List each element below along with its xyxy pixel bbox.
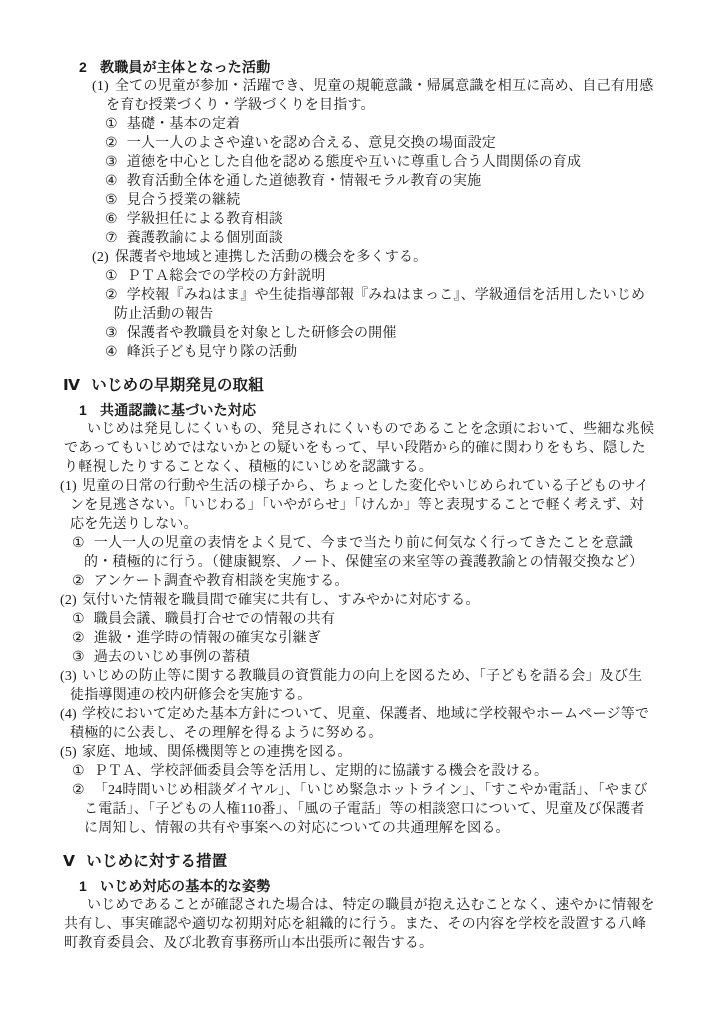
text: 見合う授業の継続 xyxy=(127,193,241,208)
item-marker: (2) xyxy=(92,250,109,265)
item-marker: (1) xyxy=(60,479,77,494)
list-item-paren: (5)家庭、地域、関係機関等との連携を図る。 xyxy=(58,743,656,762)
item-marker: ① xyxy=(72,764,85,779)
item-marker: ④ xyxy=(105,174,118,189)
text: 養護教諭による個別面談 xyxy=(127,231,283,246)
list-item-circled: ①基礎・基本の定着 xyxy=(58,115,656,134)
list-item-circled: ①ＰＴＡ、学校評価委員会等を活用し、定期的に協議する機会を設ける。 xyxy=(58,762,656,781)
text: 「24時間いじめ相談ダイヤル」、「いじめ緊急ホットライン」、「すこやか電話」、「… xyxy=(84,783,648,836)
text: 峰浜子ども見守り隊の活動 xyxy=(127,345,297,360)
list-item-circled: ②進級・進学時の情報の確実な引継ぎ xyxy=(58,629,656,648)
list-item-paren: (1)全ての児童が参加・活躍でき、児童の規範意識・帰属意識を相互に高め、自己有用… xyxy=(58,77,656,115)
text: いじめは発見しにくいもの、発見されにくいものであることを念頭において、些細な兆候… xyxy=(64,422,654,475)
list-item-paren: (4)学校において定めた基本方針について、児童、保護者、地域に学校報やホームペー… xyxy=(58,705,656,743)
item-marker: 1 xyxy=(79,878,87,894)
item-marker: ② xyxy=(105,288,118,303)
item-marker: (1) xyxy=(92,79,109,94)
text: いじめの早期発見の取組 xyxy=(91,377,264,394)
item-marker: ① xyxy=(72,612,85,627)
section-number: Ⅳ xyxy=(63,377,80,394)
item-marker: 1 xyxy=(79,402,87,418)
text: いじめに対する措置 xyxy=(86,853,227,870)
item-marker: ② xyxy=(72,574,85,589)
text: 一人一人のよさや違いを認め合える、意見交換の場面設定 xyxy=(127,136,496,151)
item-marker: (4) xyxy=(60,707,77,722)
item-marker: ⑥ xyxy=(105,212,118,227)
item-marker: 2 xyxy=(79,59,87,75)
item-marker: (3) xyxy=(60,669,77,684)
item-marker: ① xyxy=(105,269,118,284)
list-item-paren: (2)保護者や地域と連携した活動の機会を多くする。 xyxy=(58,248,656,267)
text: ＰＴＡ、学校評価委員会等を活用し、定期的に協議する機会を設ける。 xyxy=(94,764,548,779)
text: いじめであることが確認された場合は、特定の職員が抱え込むことなく、速やかに情報を… xyxy=(64,898,655,951)
document-page: 2教職員が主体となった活動(1)全ての児童が参加・活躍でき、児童の規範意識・帰属… xyxy=(0,0,724,1024)
list-item-paren: (3)いじめの防止等に関する教職員の資質能力の向上を図るため、「子どもを語る会」… xyxy=(58,667,656,705)
list-item-circled: ④教育活動全体を通した道徳教育・情報モラル教育の実施 xyxy=(58,172,656,191)
list-item-circled: ①職員会議、職員打合せでの情報の共有 xyxy=(58,610,656,629)
text: 学校報『みねはま』や生徒指導部報『みねはまっこ』、学級通信を活用したいじめ防止活… xyxy=(114,288,645,322)
text: 進級・進学時の情報の確実な引継ぎ xyxy=(94,631,321,646)
section-heading: Ⅴいじめに対する措置 xyxy=(58,851,656,873)
text: 気付いた情報を職員間で確実に共有し、すみやかに対応する。 xyxy=(82,593,480,608)
sub-heading: 1いじめ対応の基本的な姿勢 xyxy=(58,877,656,896)
list-item-circled: ①一人一人の児童の表情をよく見て、今まで当たり前に何気なく行ってきたことを意識的… xyxy=(58,534,656,572)
paragraph: いじめであることが確認された場合は、特定の職員が抱え込むことなく、速やかに情報を… xyxy=(64,896,656,953)
text: 基礎・基本の定着 xyxy=(127,117,241,132)
text: いじめ対応の基本的な姿勢 xyxy=(100,878,270,894)
item-marker: ③ xyxy=(105,155,118,170)
item-marker: ⑤ xyxy=(105,193,118,208)
list-item-circled: ①ＰＴＡ総会での学校の方針説明 xyxy=(58,267,656,286)
list-item-circled: ③道徳を中心とした自他を認める態度や互いに尊重し合う人間関係の育成 xyxy=(58,153,656,172)
document-body: 2教職員が主体となった活動(1)全ての児童が参加・活躍でき、児童の規範意識・帰属… xyxy=(58,58,656,953)
list-item-circled: ②一人一人のよさや違いを認め合える、意見交換の場面設定 xyxy=(58,134,656,153)
list-item-circled: ②アンケート調査や教育相談を実施する。 xyxy=(58,572,656,591)
list-item-paren: (1)児童の日常の行動や生活の様子から、ちょっとした変化やいじめられている子ども… xyxy=(58,477,656,534)
item-marker: ③ xyxy=(72,650,85,665)
paragraph: いじめは発見しにくいもの、発見されにくいものであることを念頭において、些細な兆候… xyxy=(64,420,656,477)
sub-heading: 1共通認識に基づいた対応 xyxy=(58,401,656,420)
list-item-circled: ⑤見合う授業の継続 xyxy=(58,191,656,210)
text: 保護者や地域と連携した活動の機会を多くする。 xyxy=(115,250,427,265)
text: ＰＴＡ総会での学校の方針説明 xyxy=(127,269,326,284)
text: 教職員が主体となった活動 xyxy=(100,59,270,75)
text: 全ての児童が参加・活躍でき、児童の規範意識・帰属意識を相互に高め、自己有用感を育… xyxy=(106,79,653,113)
text: いじめの防止等に関する教職員の資質能力の向上を図るため、「子どもを語る会」及び生… xyxy=(70,669,642,703)
section-heading: Ⅳいじめの早期発見の取組 xyxy=(58,375,656,397)
text: 学級担任による教育相談 xyxy=(127,212,283,227)
list-item-circled: ⑥学級担任による教育相談 xyxy=(58,210,656,229)
sub-heading: 2教職員が主体となった活動 xyxy=(58,58,656,77)
item-marker: ① xyxy=(72,536,85,551)
item-marker: ③ xyxy=(105,326,118,341)
section-number: Ⅴ xyxy=(63,853,75,870)
text: 一人一人の児童の表情をよく見て、今まで当たり前に何気なく行ってきたことを意識的・… xyxy=(84,536,643,570)
list-item-circled: ②学校報『みねはま』や生徒指導部報『みねはまっこ』、学級通信を活用したいじめ防止… xyxy=(58,286,656,324)
text: アンケート調査や教育相談を実施する。 xyxy=(94,574,349,589)
text: 過去のいじめ事例の蓄積 xyxy=(94,650,250,665)
text: 家庭、地域、関係機関等との連携を図る。 xyxy=(82,745,352,760)
item-marker: (2) xyxy=(60,593,77,608)
list-item-circled: ②「24時間いじめ相談ダイヤル」、「いじめ緊急ホットライン」、「すこやか電話」、… xyxy=(58,781,656,838)
text: 共通認識に基づいた対応 xyxy=(100,402,256,418)
text: 道徳を中心とした自他を認める態度や互いに尊重し合う人間関係の育成 xyxy=(127,155,581,170)
item-marker: ② xyxy=(72,783,85,798)
list-item-circled: ⑦養護教諭による個別面談 xyxy=(58,229,656,248)
list-item-circled: ③保護者や教職員を対象とした研修会の開催 xyxy=(58,324,656,343)
item-marker: ④ xyxy=(105,345,118,360)
list-item-circled: ④峰浜子ども見守り隊の活動 xyxy=(58,343,656,362)
text: 教育活動全体を通した道徳教育・情報モラル教育の実施 xyxy=(127,174,482,189)
item-marker: (5) xyxy=(60,745,77,760)
list-item-paren: (2)気付いた情報を職員間で確実に共有し、すみやかに対応する。 xyxy=(58,591,656,610)
item-marker: ② xyxy=(72,631,85,646)
text: 児童の日常の行動や生活の様子から、ちょっとした変化やいじめられている子どものサイ… xyxy=(70,479,649,532)
text: 保護者や教職員を対象とした研修会の開催 xyxy=(127,326,397,341)
item-marker: ⑦ xyxy=(105,231,118,246)
list-item-circled: ③過去のいじめ事例の蓄積 xyxy=(58,648,656,667)
text: 職員会議、職員打合せでの情報の共有 xyxy=(94,612,335,627)
item-marker: ① xyxy=(105,117,118,132)
text: 学校において定めた基本方針について、児童、保護者、地域に学校報やホームページ等で… xyxy=(70,707,649,741)
item-marker: ② xyxy=(105,136,118,151)
